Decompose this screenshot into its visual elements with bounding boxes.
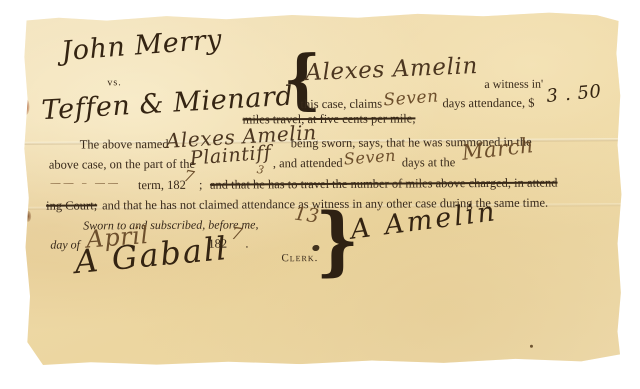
body-line2-mid: , and attended — [273, 156, 343, 171]
struck-court-clause: ing Court; — [46, 198, 97, 213]
witness-in-text: a witness in' — [484, 77, 543, 92]
witness-name-top: Alexes Amelin — [305, 53, 479, 86]
paper-speck — [530, 345, 533, 348]
term-prefix-text: term, 182 — [138, 178, 186, 193]
plaintiff-name: John Merry — [60, 24, 223, 67]
claims-suffix-text: days attendance, $ — [442, 96, 534, 112]
edge-stain-upper — [22, 99, 29, 115]
year-period: . — [245, 236, 248, 251]
claim-amount: 3 . 50 — [546, 81, 603, 107]
term-year-digit-hand: 7 — [182, 166, 196, 187]
clerk-label: Clerk. — [281, 252, 318, 264]
scan-background: { "palette": { "paper": "#eed9a8", "prin… — [0, 0, 640, 389]
stray-correction-mark: 3 — [256, 163, 266, 177]
struck-travel-clause: and that he has to travel the number of … — [210, 176, 558, 193]
hand-dashes: —— – —— — [50, 176, 121, 189]
body-line1-prefix: The above named — [80, 137, 169, 153]
versus-label: vs. — [107, 77, 121, 88]
term-semicolon: ; — [199, 178, 203, 193]
body-line2-prefix: above case, on the part of the — [49, 157, 195, 173]
edge-stain-lower — [25, 211, 31, 222]
year-digit-hand: 7 — [230, 224, 245, 246]
document-paper: John Merry vs. Teffen & Mienard { Alexes… — [23, 11, 623, 367]
body-line2-suffix: days at the — [402, 155, 456, 170]
claims-prefix-text: this case, claims — [300, 97, 382, 112]
attended-days-hand: Seven — [343, 146, 397, 169]
claim-days-hand: Seven — [383, 86, 440, 110]
